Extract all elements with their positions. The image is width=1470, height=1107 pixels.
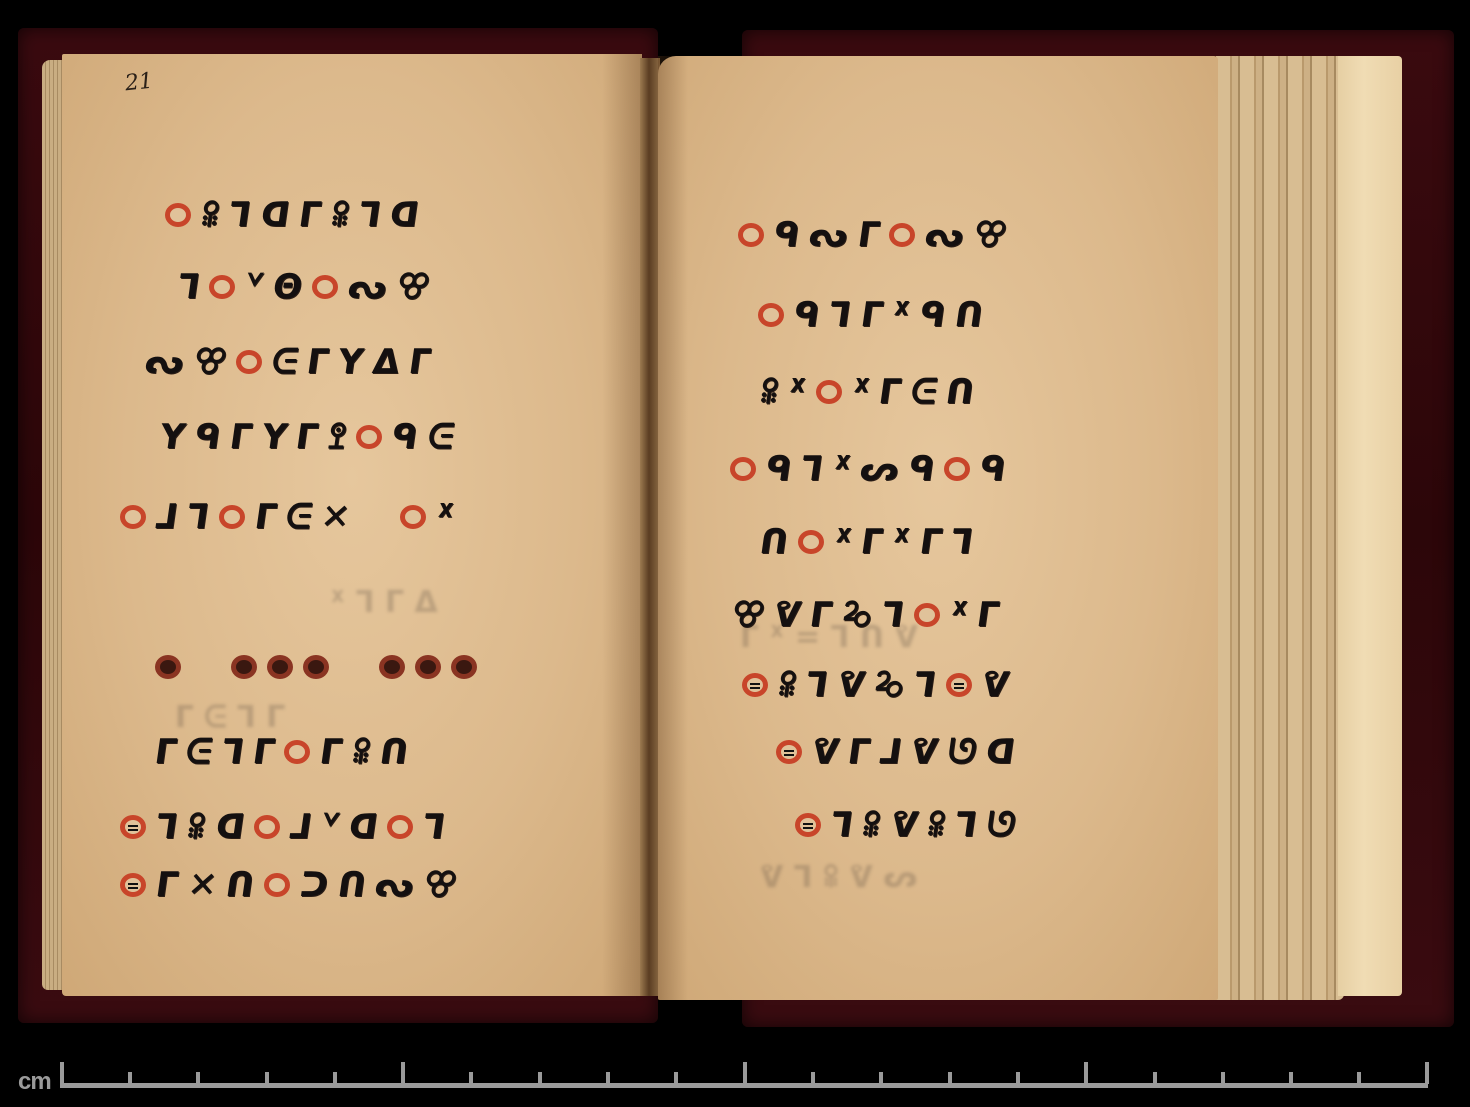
script-glyph: ᕁ — [786, 375, 808, 409]
script-glyph: ᗡ — [983, 735, 1016, 769]
red-punctuation-mark — [284, 740, 310, 764]
ruler-tick — [60, 1062, 64, 1084]
script-glyph: ᒧ — [288, 810, 314, 844]
left-page-line-3: ᔓꕢᕮᒥYᐃᒥ — [145, 345, 431, 379]
red-double-dash-mark — [795, 813, 821, 837]
script-glyph: Γ — [846, 735, 872, 769]
script-glyph: ꕢ — [394, 270, 431, 304]
bleed-through-text: ᒥ ᕮ ᒣ Γ — [175, 700, 285, 735]
script-glyph: ᕓ — [979, 668, 1010, 702]
red-punctuation-mark — [914, 603, 940, 627]
ruler-tick — [1084, 1062, 1088, 1084]
left-page-line-1: ꕉᒣᗡΓꕉᒣᗡ — [165, 198, 419, 232]
script-glyph: ᑫ — [390, 420, 420, 454]
script-glyph: ᑎ — [944, 375, 976, 409]
ruler-unit-label: cm — [18, 1068, 51, 1096]
script-glyph: ꕫ — [872, 668, 907, 702]
script-glyph: ꕉ — [199, 198, 222, 232]
script-glyph: ᔓ — [923, 218, 966, 252]
script-glyph: ᗡ — [347, 810, 380, 844]
script-glyph: ꕉ — [925, 808, 948, 842]
script-glyph: ᒣ — [953, 808, 979, 842]
right-page-line-5: ᑎᕁᒥᕁΓᒣ — [760, 525, 973, 559]
script-glyph: ᕁ — [830, 452, 852, 486]
left-page-line-5: ᒧᒣᒥᕮ✕ᕁ — [120, 500, 453, 534]
script-glyph: ✕ — [319, 500, 352, 534]
script-glyph: ᕁ — [890, 298, 912, 332]
dark-punctuation-mark — [267, 655, 293, 679]
script-glyph: Γ — [917, 525, 943, 559]
script-glyph: ᒥ — [859, 525, 885, 559]
red-punctuation-mark — [356, 425, 382, 449]
script-glyph: ᗡ — [258, 198, 291, 232]
script-glyph: ᕁ — [831, 525, 853, 559]
script-glyph: ᒣ — [219, 735, 245, 769]
script-glyph: ᒥ — [153, 735, 179, 769]
red-punctuation-mark — [254, 815, 280, 839]
ruler-tick — [196, 1072, 200, 1084]
script-glyph: ᕁ — [890, 525, 912, 559]
script-glyph: Γ — [877, 375, 903, 409]
script-glyph: ᒥ — [252, 500, 278, 534]
script-glyph: ᔓ — [143, 345, 186, 379]
script-glyph: Γ — [858, 298, 884, 332]
red-punctuation-mark — [944, 457, 970, 481]
right-page-line-2: ᑫᒣΓᕁᑫᑎ — [758, 298, 983, 332]
ruler-tick — [674, 1072, 678, 1084]
script-glyph: ᒧ — [154, 500, 180, 534]
script-glyph: ᑎ — [224, 868, 256, 902]
script-glyph: Γ — [154, 868, 180, 902]
dark-punctuation-mark — [155, 655, 181, 679]
script-glyph: ᘁ — [319, 810, 342, 844]
script-glyph: ᑫ — [192, 420, 222, 454]
script-glyph: ᕁ — [433, 500, 455, 534]
page-number: 21 — [124, 69, 154, 97]
script-glyph: ᐃ — [371, 345, 402, 379]
dark-punctuation-mark — [303, 655, 329, 679]
script-glyph: ꕢ — [971, 218, 1008, 252]
book-gutter — [640, 58, 660, 996]
script-glyph: Γ — [808, 598, 834, 632]
script-glyph: ᒣ — [949, 525, 975, 559]
script-glyph: ᒣ — [357, 198, 383, 232]
script-glyph: ᕓ — [772, 598, 803, 632]
ruler-tick — [811, 1072, 815, 1084]
script-glyph: ᒣ — [421, 810, 447, 844]
ruler-tick — [879, 1072, 883, 1084]
red-double-dash-mark — [946, 673, 972, 697]
script-glyph: ᕓ — [810, 735, 841, 769]
red-punctuation-mark — [120, 505, 146, 529]
script-glyph: ᒣ — [227, 198, 253, 232]
red-punctuation-mark — [219, 505, 245, 529]
script-glyph: ꕉ — [758, 375, 781, 409]
script-glyph: ᗡ — [213, 810, 246, 844]
ruler-tick — [401, 1062, 405, 1084]
script-glyph: ᕮ — [908, 375, 938, 409]
script-glyph: ᑫ — [917, 298, 947, 332]
red-punctuation-mark — [400, 505, 426, 529]
script-glyph: ᔕ — [858, 452, 901, 486]
right-page-line-6: ꕢᕓΓꕫᒣᕁΓ — [732, 598, 999, 632]
script-glyph: ꖶ — [325, 420, 348, 454]
script-glyph: ᘎ — [945, 735, 978, 769]
script-glyph: ᑫ — [792, 298, 822, 332]
ruler-tick — [1425, 1062, 1429, 1084]
script-glyph: ᑎ — [953, 298, 985, 332]
red-double-dash-mark — [120, 873, 146, 897]
bleed-through-text: ᕓ ᒣ ꕉ ᕓ ᔕ — [760, 860, 917, 895]
script-glyph: ᒥ — [407, 345, 433, 379]
left-page-line-6 — [155, 655, 477, 679]
script-glyph: ᒣ — [804, 668, 830, 702]
red-punctuation-mark — [758, 303, 784, 327]
script-glyph: ᒣ — [912, 668, 938, 702]
script-glyph: ᔓ — [807, 218, 850, 252]
red-punctuation-mark — [798, 530, 824, 554]
script-glyph: ᒥ — [305, 345, 331, 379]
dark-punctuation-mark — [451, 655, 477, 679]
blank-endpaper — [1338, 56, 1402, 996]
script-glyph: ᒧ — [878, 735, 904, 769]
left-page-line-7: ᒥᕮᒣᒥΓꕉᑎ — [155, 735, 408, 769]
script-glyph: Γ — [975, 598, 1001, 632]
red-punctuation-mark — [312, 275, 338, 299]
left-page-line-4: YᑫΓYΓꖶᑫᕮ — [160, 420, 453, 454]
script-glyph: ᔓ — [346, 270, 389, 304]
red-punctuation-mark — [387, 815, 413, 839]
script-glyph: Γ — [228, 420, 254, 454]
script-glyph: Θ — [271, 270, 305, 304]
script-glyph: ꕉ — [860, 808, 883, 842]
script-glyph: ꕉ — [350, 735, 373, 769]
script-glyph: ᕮ — [284, 500, 314, 534]
right-page-line-1: ᑫᔓᒥᔓꕢ — [738, 218, 1006, 252]
script-glyph: ✕ — [185, 868, 218, 902]
red-punctuation-mark — [816, 380, 842, 404]
bleed-through-text: ᕁ ᒣ Γ ᐃ — [330, 585, 438, 620]
script-glyph: ᑎ — [378, 735, 410, 769]
script-glyph: ᘎ — [984, 808, 1017, 842]
script-glyph: Y — [336, 345, 365, 379]
red-punctuation-mark — [264, 873, 290, 897]
script-glyph: ꕉ — [776, 668, 799, 702]
dark-punctuation-mark — [415, 655, 441, 679]
script-glyph: ᒥ — [251, 735, 277, 769]
right-page-line-7: ꕉᒣᕓꕫᒣᕓ — [742, 668, 1008, 702]
red-double-dash-mark — [776, 740, 802, 764]
ruler-tick — [1221, 1072, 1225, 1084]
red-double-dash-mark — [120, 815, 146, 839]
left-page-line-8: ᒣꕉᗡᒧᘁᗡᒣ — [120, 810, 445, 844]
script-glyph: ᕮ — [425, 420, 455, 454]
script-glyph: ᕮ — [184, 735, 214, 769]
page-edges-right — [1216, 56, 1344, 1000]
left-page-line-2: ᒣᘁΘᔓꕢ — [178, 270, 429, 304]
script-glyph: ᒣ — [880, 598, 906, 632]
script-glyph: ᕮ — [269, 345, 299, 379]
right-page-line-3: ꕉᕁᕁΓᕮᑎ — [760, 375, 974, 409]
script-glyph: ꕢ — [730, 598, 767, 632]
red-punctuation-mark — [889, 223, 915, 247]
ruler-tick — [1357, 1072, 1361, 1084]
script-glyph: ꕉ — [328, 198, 351, 232]
script-glyph: ᘁ — [243, 270, 266, 304]
script-glyph: ꕢ — [421, 868, 458, 902]
ruler-tick — [1153, 1072, 1157, 1084]
script-glyph: ᕁ — [849, 375, 871, 409]
script-glyph: ᕁ — [947, 598, 969, 632]
script-glyph: Γ — [297, 198, 323, 232]
left-page-line-9: Γ✕ᑎᑐᑎᔓꕢ — [120, 868, 456, 902]
red-punctuation-mark — [730, 457, 756, 481]
script-glyph: Γ — [318, 735, 344, 769]
red-punctuation-mark — [209, 275, 235, 299]
script-glyph: ꕢ — [191, 345, 228, 379]
script-glyph: ꕫ — [840, 598, 875, 632]
red-punctuation-mark — [738, 223, 764, 247]
script-glyph: ᑫ — [977, 452, 1007, 486]
ruler-tick — [606, 1072, 610, 1084]
red-punctuation-mark — [236, 350, 262, 374]
script-glyph: ᑫ — [764, 452, 794, 486]
dark-punctuation-mark — [231, 655, 257, 679]
script-glyph: ᕓ — [888, 808, 919, 842]
script-glyph: ᔓ — [373, 868, 416, 902]
ruler-tick — [538, 1072, 542, 1084]
script-glyph: ᕓ — [835, 668, 866, 702]
script-glyph: Y — [259, 420, 288, 454]
script-glyph: Γ — [294, 420, 320, 454]
script-glyph: ᗡ — [388, 198, 421, 232]
ruler-tick — [743, 1062, 747, 1084]
script-glyph: ᒣ — [154, 810, 180, 844]
script-glyph: ᒥ — [856, 218, 882, 252]
script-glyph: Y — [158, 420, 187, 454]
script-glyph: ᒣ — [185, 500, 211, 534]
script-glyph: ᑎ — [335, 868, 367, 902]
right-page-line-9: ᒣꕉᕓꕉᒣᘎ — [795, 808, 1015, 842]
script-glyph: ᒣ — [829, 808, 855, 842]
right-page-line-8: ᕓΓᒧᕓᘎᗡ — [776, 735, 1014, 769]
script-glyph: ᒣ — [799, 452, 825, 486]
red-double-dash-mark — [742, 673, 768, 697]
ruler-tick — [948, 1072, 952, 1084]
ruler-tick — [333, 1072, 337, 1084]
script-glyph: ꕉ — [185, 810, 208, 844]
script-glyph: ᒣ — [827, 298, 853, 332]
ruler-tick — [128, 1072, 132, 1084]
ruler-tick — [1289, 1072, 1293, 1084]
script-glyph: ᑐ — [297, 868, 330, 902]
ruler-tick — [469, 1072, 473, 1084]
ruler-tick — [1016, 1072, 1020, 1084]
red-punctuation-mark — [165, 203, 191, 227]
ruler-tick — [265, 1072, 269, 1084]
script-glyph: ᑎ — [758, 525, 790, 559]
script-glyph: ᕓ — [909, 735, 940, 769]
script-glyph: ᒣ — [176, 270, 202, 304]
right-page-line-4: ᑫᒣᕁᔕᑫᑫ — [730, 452, 1005, 486]
dark-punctuation-mark — [379, 655, 405, 679]
script-glyph: ᑫ — [906, 452, 936, 486]
script-glyph: ᑫ — [772, 218, 802, 252]
